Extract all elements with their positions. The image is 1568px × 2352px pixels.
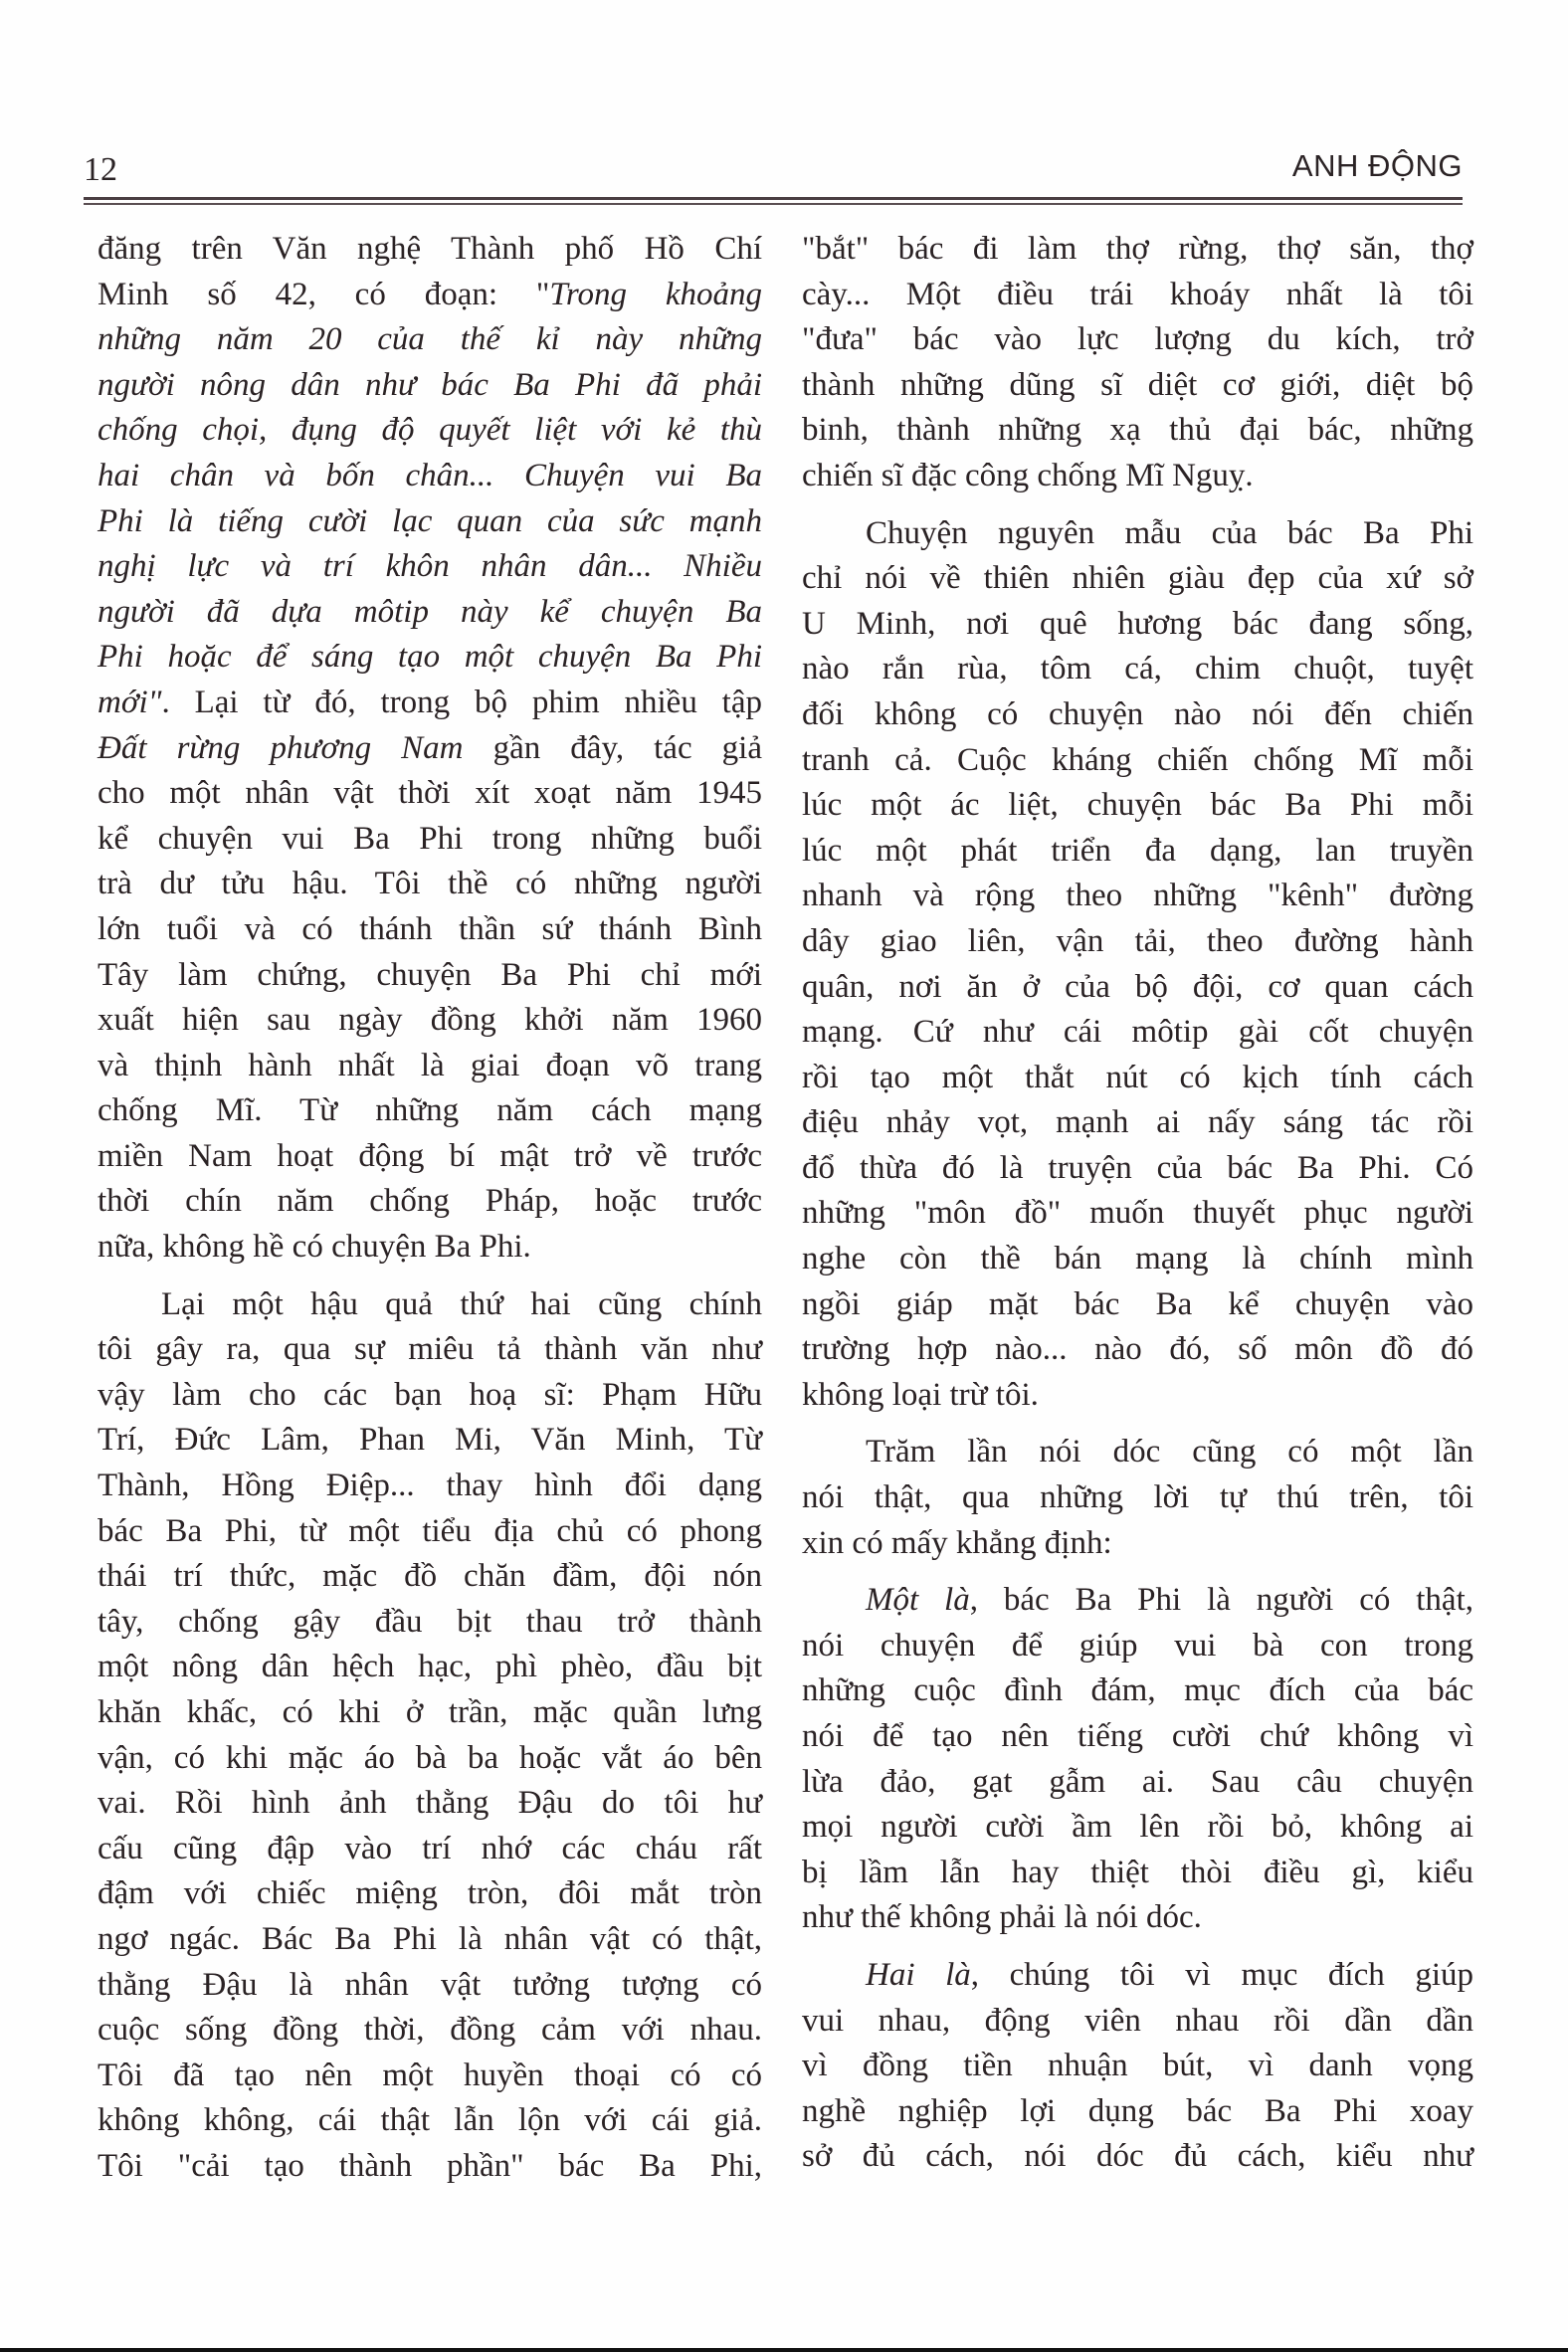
text-segment: cấu cũng đập vào trí nhớ các cháu rất [98,1831,762,1866]
text-line: vận, có khi mặc áo bà ba hoặc vắt áo bên [98,1736,762,1782]
text-line: Chuyện nguyên mẫu của bác Ba Phi [802,511,1473,557]
text-line: những "môn đồ" muốn thuyết phục người [802,1191,1473,1237]
text-segment: , bác Ba Phi là người có thật, [970,1582,1473,1618]
text-segment: vui nhau, động viên nhau rồi dần dần [802,2003,1473,2039]
text-segment: dây giao liên, vận tải, theo đường hành [802,923,1473,959]
text-segment: binh, thành những xạ thủ đại bác, những [802,412,1473,448]
text-line: bị lầm lẫn hay thiệt thòi điều gì, kiểu [802,1851,1473,1896]
italic-text-segment: Phi hoặc để sáng tạo một chuyện Ba Phi [98,639,762,675]
text-segment: lớn tuổi và có thánh thần sứ thánh Bình [98,911,762,947]
text-segment: chỉ nói về thiên nhiên giàu đẹp của xứ s… [802,560,1473,596]
text-line: lớn tuổi và có thánh thần sứ thánh Bình [98,907,762,953]
text-line: người đã dựa môtip này kể chuyện Ba [98,590,762,636]
italic-text-segment: chống chọi, đụng độ quyết liệt với kẻ th… [98,412,762,448]
italic-text-segment: Trong khoảng [549,277,762,312]
text-line: Minh số 42, có đoạn: "Trong khoảng [98,273,762,318]
text-line: vậy làm cho các bạn hoạ sĩ: Phạm Hữu [98,1373,762,1419]
text-line: cuộc sống đồng thời, đồng cảm với nhau. [98,2008,762,2054]
text-line: đổ thừa đó là truyện của bác Ba Phi. Có [802,1146,1473,1192]
text-segment: nghề nghiệp lợi dụng bác Ba Phi xoay [802,2093,1473,2129]
text-segment: Trí, Đức Lâm, Phan Mi, Văn Minh, Từ [98,1422,762,1458]
text-line: Đất rừng phương Nam gần đây, tác giả [98,726,762,772]
header-double-rule [84,197,1463,206]
text-segment: như thế không phải là nói dóc. [802,1899,1202,1935]
text-line: kể chuyện vui Ba Phi trong những buổi [98,817,762,863]
text-segment: nào rắn rùa, tôm cá, chim chuột, tuyệt [802,651,1473,686]
text-line: tranh cả. Cuộc kháng chiến chống Mĩ mỗi [802,738,1473,784]
text-segment: gần đây, tác giả [464,730,762,766]
text-segment: đậm với chiếc miệng tròn, đôi mắt tròn [98,1875,762,1911]
text-segment: thời chín năm chống Pháp, hoặc trước [98,1183,762,1219]
text-line: nói thật, qua những lời tự thú trên, tôi [802,1475,1473,1521]
text-line: Hai là, chúng tôi vì mục đích giúp [802,1953,1473,1999]
text-segment: kể chuyện vui Ba Phi trong những buổi [98,821,762,857]
text-segment: nhanh và rộng theo những "kênh" đường [802,878,1473,913]
text-segment: đối không có chuyện nào nói đến chiến [802,696,1473,732]
text-line: nói chuyện để giúp vui bà con trong [802,1624,1473,1669]
text-segment: chống Mĩ. Từ những năm cách mạng [98,1092,762,1128]
italic-text-segment: nghị lực và trí khôn nhân dân... Nhiều [98,548,762,584]
text-line: bác Ba Phi, từ một tiểu địa chủ có phong [98,1509,762,1555]
text-segment: tôi gây ra, qua sự miêu tả thành văn như [98,1331,762,1367]
text-segment: ngơ ngác. Bác Ba Phi là nhân vật có thật… [98,1921,762,1957]
paragraph-gap [98,1271,762,1282]
text-segment: cày... Một điều trái khoáy nhất là tôi [802,277,1473,312]
text-segment: miền Nam hoạt động bí mật trở về trước [98,1138,762,1174]
text-line: thái trí thức, mặc đồ chăn đầm, đội nón [98,1554,762,1600]
text-line: những cuộc đình đám, mục đích của bác [802,1668,1473,1714]
text-line: nữa, không hề có chuyện Ba Phi. [98,1225,762,1271]
text-line: người nông dân như bác Ba Phi đã phải [98,363,762,409]
text-line: Tôi đã tạo nên một huyền thoại có có [98,2054,762,2099]
text-segment: bác Ba Phi, từ một tiểu địa chủ có phong [98,1513,762,1549]
text-segment: Trăm lần nói dóc cũng có một lần [866,1434,1473,1470]
text-segment: không loại trừ tôi. [802,1377,1039,1413]
text-line: Thành, Hồng Điệp... thay hình đổi dạng [98,1464,762,1509]
text-segment: "bắt" bác đi làm thợ rừng, thợ săn, thợ [802,231,1473,267]
text-line: Tôi "cải tạo thành phần" bác Ba Phi, [98,2144,762,2190]
text-segment: thằng Đậu là nhân vật tưởng tượng có [98,1967,762,2003]
text-line: lúc một phát triển đa dạng, lan truyền [802,829,1473,875]
text-segment: đổ thừa đó là truyện của bác Ba Phi. Có [802,1150,1473,1186]
text-line: ngơ ngác. Bác Ba Phi là nhân vật có thật… [98,1917,762,1963]
italic-text-segment: Đất rừng phương Nam [98,730,464,766]
text-segment: vận, có khi mặc áo bà ba hoặc vắt áo bên [98,1740,762,1776]
italic-text-segment: những năm 20 của thế kỉ này những [98,321,762,357]
text-segment: Tây làm chứng, chuyện Ba Phi chỉ mới [98,957,762,993]
text-line: thành những dũng sĩ diệt cơ giới, diệt b… [802,363,1473,409]
text-line: Trăm lần nói dóc cũng có một lần [802,1430,1473,1475]
text-segment: lúc một phát triển đa dạng, lan truyền [802,833,1473,869]
text-segment: Tôi "cải tạo thành phần" bác Ba Phi, [98,2148,762,2184]
text-segment: lừa đảo, gạt gẫm ai. Sau câu chuyện [802,1764,1473,1800]
text-line: Phi hoặc để sáng tạo một chuyện Ba Phi [98,635,762,681]
text-segment: và thịnh hành nhất là giai đoạn võ trang [98,1048,762,1083]
rule-line-top [84,197,1463,200]
text-line: điệu nhảy vọt, mạnh ai nấy sáng tác rồi [802,1100,1473,1146]
text-segment: những "môn đồ" muốn thuyết phục người [802,1195,1473,1231]
text-line: chống chọi, đụng độ quyết liệt với kẻ th… [98,408,762,454]
text-line: Trí, Đức Lâm, Phan Mi, Văn Minh, Từ [98,1418,762,1464]
text-line: trà dư tửu hậu. Tôi thề có những người [98,862,762,907]
text-segment: . Lại từ đó, trong bộ phim nhiều tập [161,685,762,720]
text-line: tôi gây ra, qua sự miêu tả thành văn như [98,1327,762,1373]
italic-text-segment: người đã dựa môtip này kể chuyện Ba [98,594,762,630]
text-line: Một là, bác Ba Phi là người có thật, [802,1578,1473,1624]
text-segment: Thành, Hồng Điệp... thay hình đổi dạng [98,1468,762,1503]
running-title-author: ANH ĐỘNG [1292,145,1463,187]
text-segment: đăng trên Văn nghệ Thành phố Hồ Chí [98,231,762,267]
text-line: và thịnh hành nhất là giai đoạn võ trang [98,1044,762,1089]
text-line: binh, thành những xạ thủ đại bác, những [802,408,1473,454]
text-segment: tranh cả. Cuộc kháng chiến chống Mĩ mỗi [802,742,1473,778]
text-segment: khăn khấc, có khi ở trần, mặc quần lưng [98,1694,762,1730]
text-line: Phi là tiếng cười lạc quan của sức mạnh [98,499,762,545]
rule-line-bottom [84,203,1463,205]
text-line: chiến sĩ đặc công chống Mĩ Nguỵ. [802,454,1473,499]
italic-text-segment: hai chân và bốn chân... Chuyện vui Ba [98,458,762,493]
text-line: những năm 20 của thế kỉ này những [98,317,762,363]
paragraph-gap [802,1941,1473,1953]
text-line: lừa đảo, gạt gẫm ai. Sau câu chuyện [802,1760,1473,1806]
text-line: lúc một ác liệt, chuyện bác Ba Phi mỗi [802,783,1473,829]
text-line: khăn khấc, có khi ở trần, mặc quần lưng [98,1690,762,1736]
text-segment: trà dư tửu hậu. Tôi thề có những người [98,866,762,901]
text-line: đối không có chuyện nào nói đến chiến [802,692,1473,738]
text-line: nhanh và rộng theo những "kênh" đường [802,874,1473,919]
italic-text-segment: Phi là tiếng cười lạc quan của sức mạnh [98,503,762,539]
text-segment: "đưa" bác vào lực lượng du kích, trở [802,321,1473,357]
italic-text-segment: người nông dân như bác Ba Phi đã phải [98,367,762,403]
text-segment: nghe còn thề bán mạng là chính mình [802,1241,1473,1276]
text-line: không loại trừ tôi. [802,1373,1473,1419]
text-line: một nông dân hệch hạc, phì phèo, đầu bịt [98,1645,762,1690]
text-segment: vai. Rồi hình ảnh thằng Đậu do tôi hư [98,1785,762,1821]
text-line: thời chín năm chống Pháp, hoặc trước [98,1179,762,1225]
text-line: vui nhau, động viên nhau rồi dần dần [802,1999,1473,2045]
text-line: không không, cái thật lẫn lộn với cái gi… [98,2098,762,2144]
text-line: nghe còn thề bán mạng là chính mình [802,1237,1473,1282]
paragraph-gap [802,499,1473,511]
text-line: cày... Một điều trái khoáy nhất là tôi [802,273,1473,318]
text-line: đăng trên Văn nghệ Thành phố Hồ Chí [98,227,762,273]
paragraph-gap [802,1418,1473,1430]
text-segment: thành những dũng sĩ diệt cơ giới, diệt b… [802,367,1473,403]
text-line: chỉ nói về thiên nhiên giàu đẹp của xứ s… [802,556,1473,602]
text-segment: không không, cái thật lẫn lộn với cái gi… [98,2102,762,2138]
running-header: 12 ANH ĐỘNG [84,149,1463,191]
text-line: xuất hiện sau ngày đồng khởi năm 1960 [98,998,762,1044]
text-segment: điệu nhảy vọt, mạnh ai nấy sáng tác rồi [802,1104,1473,1140]
text-segment: cho một nhân vật thời xít xoạt năm 1945 [98,775,762,811]
text-segment: nữa, không hề có chuyện Ba Phi. [98,1229,531,1265]
page-number: 12 [84,149,117,191]
text-segment: , chúng tôi vì mục đích giúp [971,1957,1473,1993]
italic-text-segment: Hai là [866,1957,971,1993]
text-line: đậm với chiếc miệng tròn, đôi mắt tròn [98,1871,762,1917]
text-segment: thái trí thức, mặc đồ chăn đầm, đội nón [98,1558,762,1594]
text-line: cấu cũng đập vào trí nhớ các cháu rất [98,1827,762,1872]
text-line: tây, chống gậy đầu bịt thau trở thành [98,1600,762,1646]
text-line: vì đồng tiền nhuận bút, vì danh vọng [802,2044,1473,2089]
text-line: nghị lực và trí khôn nhân dân... Nhiều [98,544,762,590]
text-segment: quân, nơi ăn ở của bộ đội, cơ quan cách [802,969,1473,1005]
text-line: nói để tạo nên tiếng cười chứ không vì [802,1714,1473,1760]
text-segment: Lại một hậu quả thứ hai cũng chính [161,1286,762,1322]
text-line: nào rắn rùa, tôm cá, chim chuột, tuyệt [802,647,1473,692]
text-segment: Chuyện nguyên mẫu của bác Ba Phi [866,515,1473,551]
text-line: dây giao liên, vận tải, theo đường hành [802,919,1473,965]
paragraph-gap [802,1566,1473,1578]
text-segment: sở đủ cách, nói dóc đủ cách, kiểu như [802,2138,1473,2174]
text-segment: mọi người cười ầm lên rồi bỏ, không ai [802,1809,1473,1845]
scan-bottom-edge [0,2348,1568,2352]
text-line: Tây làm chứng, chuyện Ba Phi chỉ mới [98,953,762,999]
text-segment: một nông dân hệch hạc, phì phèo, đầu bịt [98,1649,762,1684]
text-line: mạng. Cứ như cái môtip gài cốt chuyện [802,1010,1473,1056]
text-segment: nói chuyện để giúp vui bà con trong [802,1628,1473,1664]
text-line: nghề nghiệp lợi dụng bác Ba Phi xoay [802,2089,1473,2135]
text-line: miền Nam hoạt động bí mật trở về trước [98,1134,762,1180]
text-segment: tây, chống gậy đầu bịt thau trở thành [98,1604,762,1640]
text-line: sở đủ cách, nói dóc đủ cách, kiểu như [802,2134,1473,2180]
text-segment: Tôi đã tạo nên một huyền thoại có có [98,2058,762,2093]
text-segment: Minh số 42, có đoạn: " [98,277,549,312]
text-segment: nói để tạo nên tiếng cười chứ không vì [802,1718,1473,1754]
text-line: U Minh, nơi quê hương bác đang sống, [802,602,1473,648]
text-segment: lúc một ác liệt, chuyện bác Ba Phi mỗi [802,787,1473,823]
text-line: hai chân và bốn chân... Chuyện vui Ba [98,454,762,499]
text-line: rồi tạo một thắt nút có kịch tính cách [802,1056,1473,1101]
text-segment: mạng. Cứ như cái môtip gài cốt chuyện [802,1014,1473,1050]
text-segment: xuất hiện sau ngày đồng khởi năm 1960 [98,1002,762,1038]
italic-text-segment: Một là [866,1582,970,1618]
text-segment: xin có mấy khẳng định: [802,1525,1112,1561]
text-segment: cuộc sống đồng thời, đồng cảm với nhau. [98,2012,762,2048]
text-line: mới". Lại từ đó, trong bộ phim nhiều tập [98,681,762,726]
text-segment: vì đồng tiền nhuận bút, vì danh vọng [802,2048,1473,2083]
text-segment: những cuộc đình đám, mục đích của bác [802,1672,1473,1708]
right-text-column: "bắt" bác đi làm thợ rừng, thợ săn, thợc… [802,227,1473,2180]
text-segment: bị lầm lẫn hay thiệt thòi điều gì, kiểu [802,1855,1473,1890]
text-line: Lại một hậu quả thứ hai cũng chính [98,1282,762,1328]
text-line: trường hợp nào... nào đó, số môn đồ đó [802,1327,1473,1373]
text-segment: chiến sĩ đặc công chống Mĩ Nguỵ. [802,458,1254,493]
text-segment: U Minh, nơi quê hương bác đang sống, [802,606,1473,642]
text-line: "bắt" bác đi làm thợ rừng, thợ săn, thợ [802,227,1473,273]
text-line: thằng Đậu là nhân vật tưởng tượng có [98,1963,762,2009]
left-text-column: đăng trên Văn nghệ Thành phố Hồ ChíMinh … [98,227,762,2190]
italic-text-segment: mới" [98,685,161,720]
text-line: xin có mấy khẳng định: [802,1521,1473,1567]
text-line: cho một nhân vật thời xít xoạt năm 1945 [98,771,762,817]
text-segment: nói thật, qua những lời tự thú trên, tôi [802,1479,1473,1515]
text-segment: trường hợp nào... nào đó, số môn đồ đó [802,1331,1473,1367]
text-segment: ngồi giáp mặt bác Ba kể chuyện vào [802,1286,1473,1322]
book-page: 12 ANH ĐỘNG đăng trên Văn nghệ Thành phố… [0,0,1568,2352]
text-line: mọi người cười ầm lên rồi bỏ, không ai [802,1805,1473,1851]
text-line: vai. Rồi hình ảnh thằng Đậu do tôi hư [98,1781,762,1827]
text-line: chống Mĩ. Từ những năm cách mạng [98,1088,762,1134]
text-line: "đưa" bác vào lực lượng du kích, trở [802,317,1473,363]
text-line: ngồi giáp mặt bác Ba kể chuyện vào [802,1282,1473,1328]
text-line: quân, nơi ăn ở của bộ đội, cơ quan cách [802,965,1473,1011]
text-segment: rồi tạo một thắt nút có kịch tính cách [802,1060,1473,1095]
text-line: như thế không phải là nói dóc. [802,1895,1473,1941]
text-segment: vậy làm cho các bạn hoạ sĩ: Phạm Hữu [98,1377,762,1413]
